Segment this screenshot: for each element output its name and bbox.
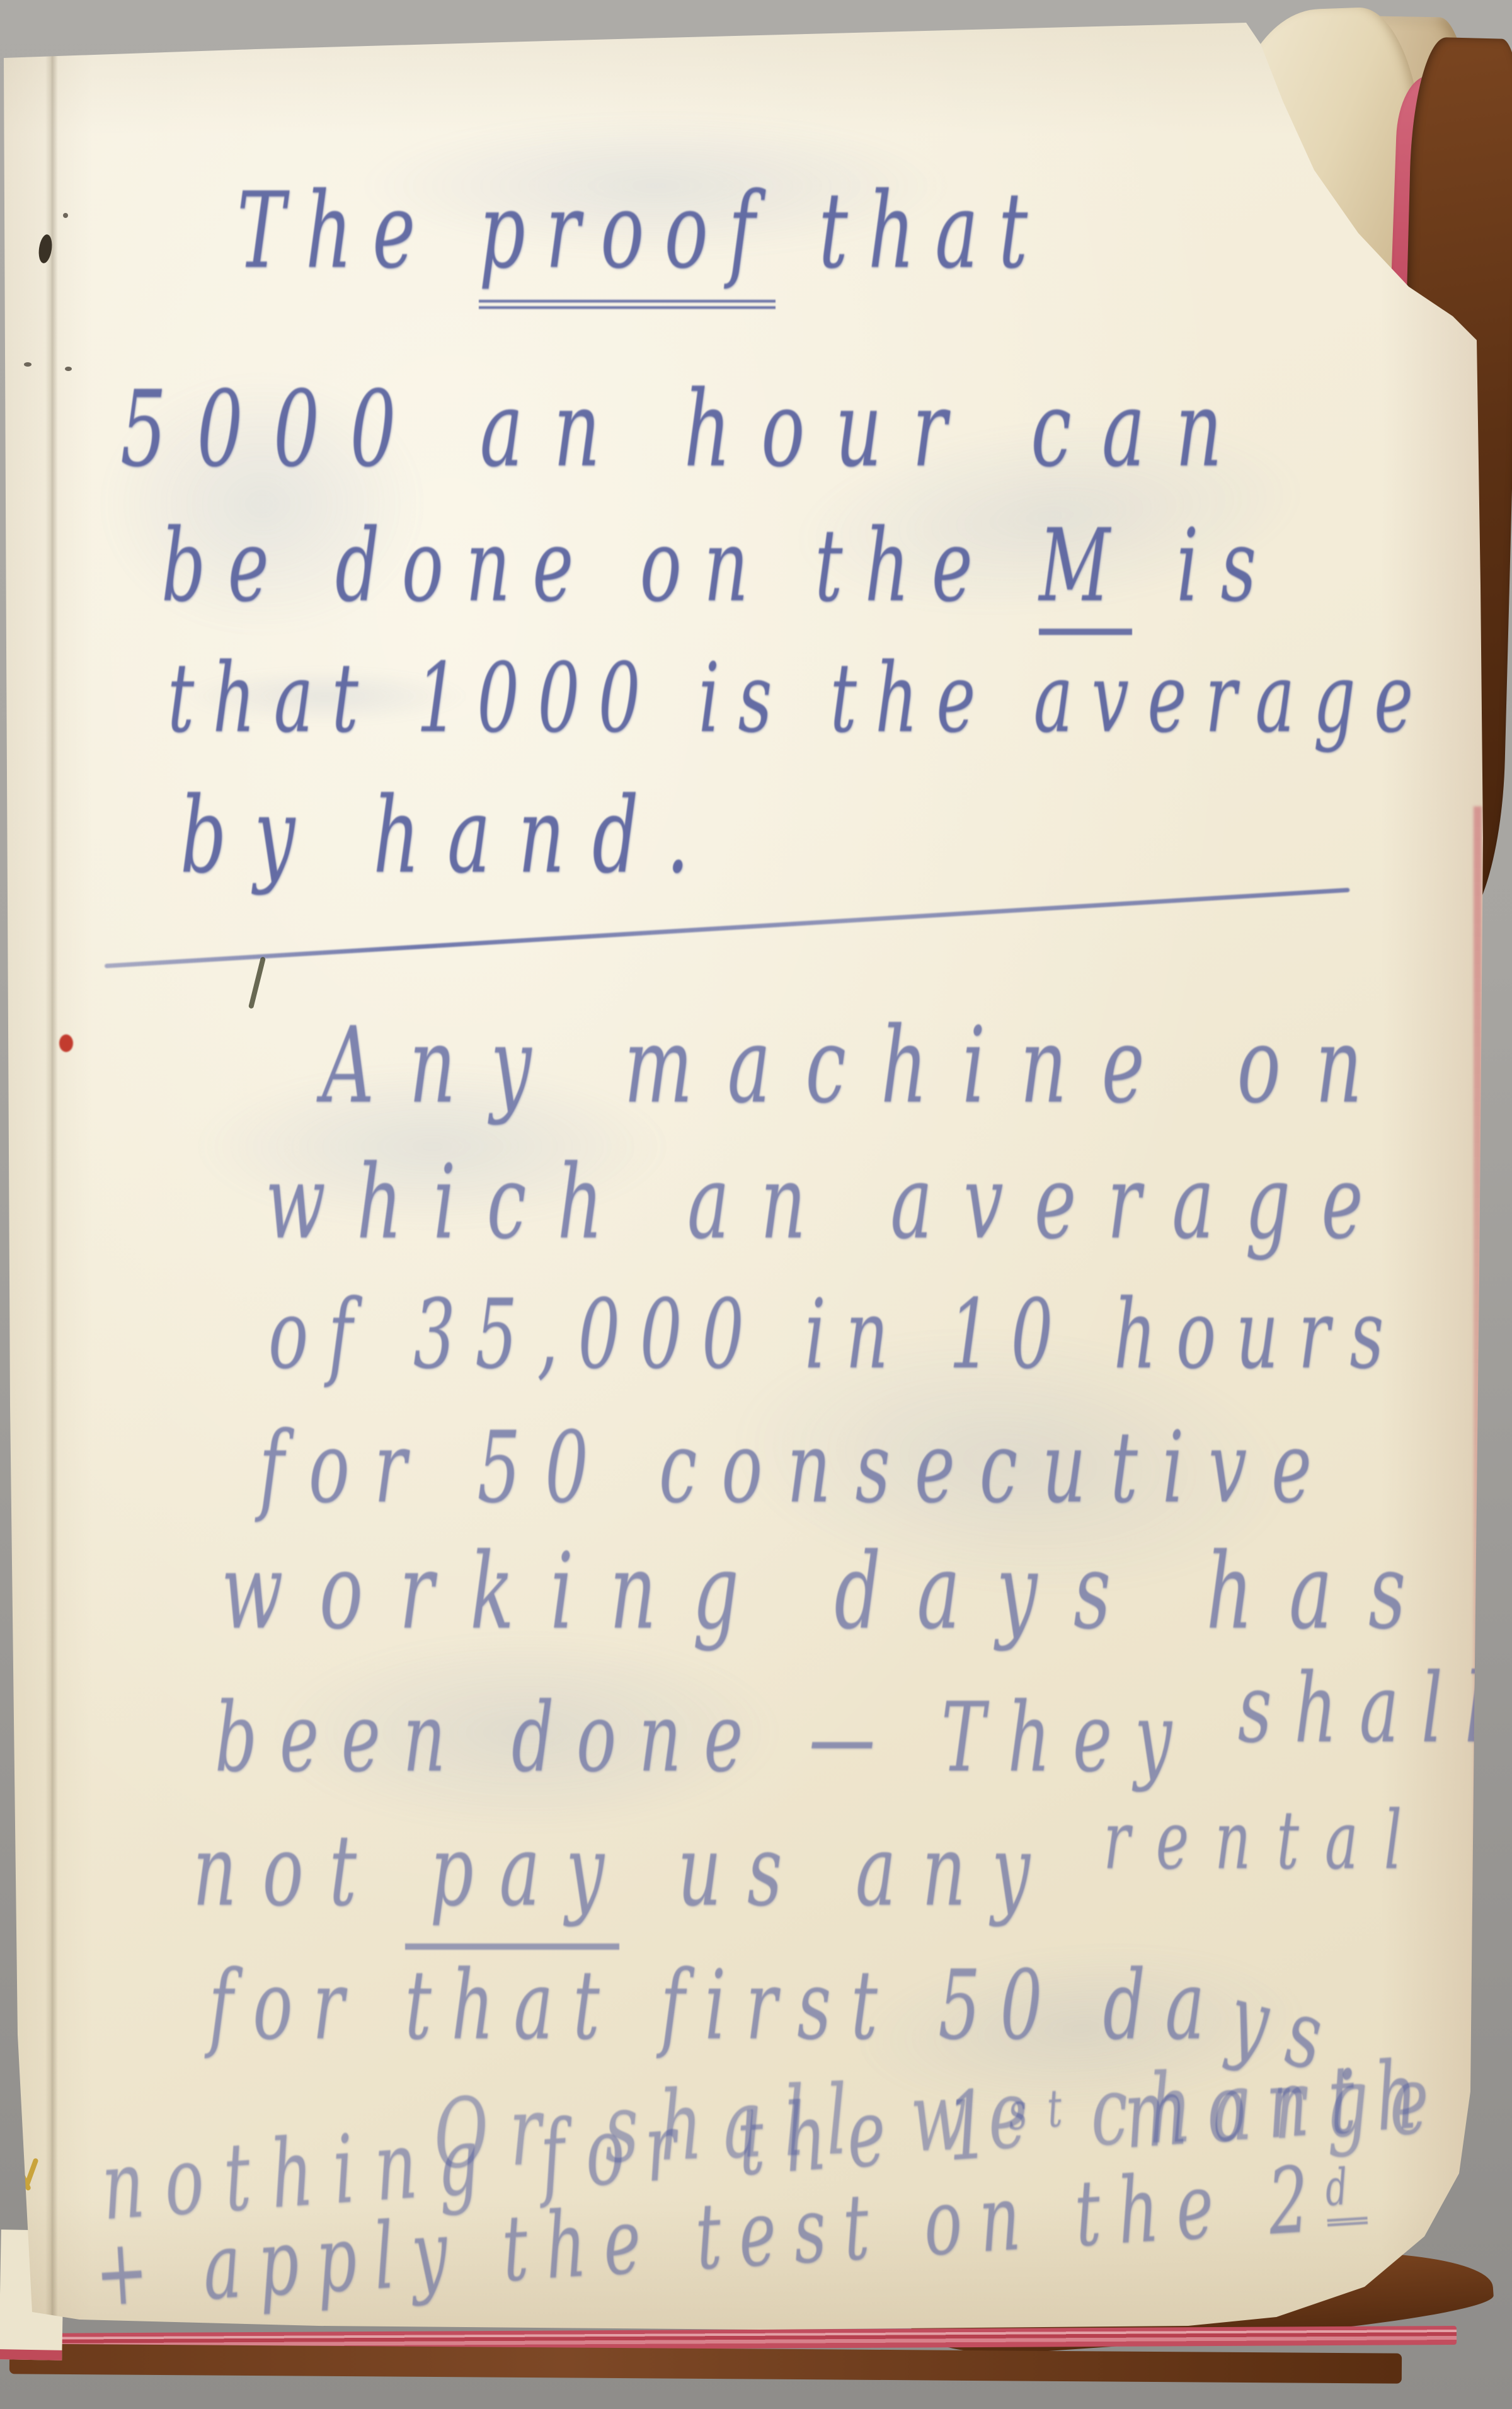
- handwriting-line-12: not pay us any rental: [193, 1814, 1428, 1928]
- handwriting-line-7: which an average: [265, 1143, 1394, 1262]
- word-m-underlined: M: [1039, 507, 1132, 635]
- phrase-been-done-they: been done — They: [215, 1682, 1238, 1794]
- handwriting-line-8: of 35,000 in 10 hours: [268, 1279, 1404, 1390]
- handwriting-line-11: been done — They shall: [215, 1682, 1509, 1794]
- handwriting-line-3: be done on the M is: [161, 507, 1278, 624]
- phrase-first-50-days: first 50 da: [619, 1950, 1224, 2061]
- handwriting-line-5: by hand.: [180, 775, 717, 897]
- handwriting-line-6: Any machine on: [322, 1005, 1397, 1127]
- gutter-crease: [45, 19, 58, 2337]
- notebook-page: The proof that 5000 an hour can be done …: [4, 19, 1484, 2337]
- handwriting-line-13: for that first 50 days.: [209, 1950, 1377, 2061]
- handwriting-line-9: for 50 consecutive: [259, 1411, 1336, 1525]
- word-rental-raised: rental: [1103, 1794, 1428, 1887]
- word-is: is: [1132, 507, 1278, 624]
- word-shall-raised: shall: [1238, 1653, 1509, 1765]
- word-the: The: [237, 170, 479, 292]
- paper-speck: [65, 367, 72, 371]
- handwriting-line-2: 5000 an hour can: [120, 369, 1252, 491]
- paper-speck: [24, 362, 31, 367]
- word-proof-underlined: proof: [479, 170, 776, 309]
- phrase-not-pay-us-any: not pay us any: [193, 1814, 1103, 1928]
- handwriting-line-4: that 1000 is the average: [168, 643, 1432, 754]
- phrase-be-done-on-the: be done on the: [161, 507, 1039, 624]
- ordinal-d-superscript: d: [1324, 2156, 1368, 2226]
- book-cover-bottom: [9, 2343, 1402, 2383]
- handwriting-line-1: The proof that: [237, 170, 1048, 292]
- red-ink-mark: [59, 1034, 73, 1052]
- paper-speck: [63, 213, 68, 218]
- word-that: that: [776, 170, 1048, 292]
- fore-edge-red-tint: [1474, 806, 1482, 2161]
- handwriting-line-10: working days has: [221, 1531, 1442, 1653]
- word-for: for: [209, 1950, 405, 2061]
- ordinal-st-superscript: st: [1006, 2077, 1084, 2143]
- word-that-overlined: that: [405, 1943, 620, 2061]
